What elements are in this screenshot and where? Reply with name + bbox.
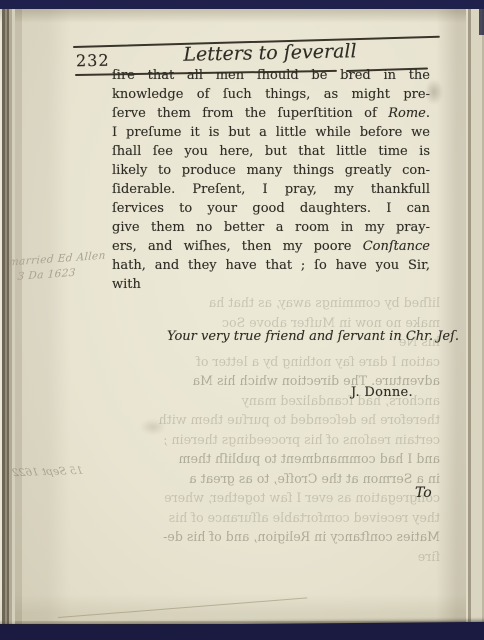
- paper-smudge: [140, 419, 166, 435]
- body-line: give them no better a room in my pray-: [112, 218, 430, 237]
- ghost-line: congregation as ever I ſaw together, whe…: [105, 488, 440, 508]
- body-line: ſerve them from the ſuperſtition of Rome…: [112, 104, 430, 123]
- catchword: To: [415, 485, 432, 501]
- paper-crease: [58, 597, 307, 618]
- body-line-text: ſerve them from the ſuperſtition of: [112, 106, 388, 121]
- background-band-bottom: [0, 622, 484, 640]
- valediction: Your very true friend and ſervant in Chr…: [167, 329, 459, 344]
- signature: J. Donne.: [351, 385, 413, 400]
- body-line: hath, and they have that ; ſo have you S…: [112, 256, 430, 275]
- ghost-line: and I had commandment to publiſh them: [105, 449, 440, 469]
- body-line-text: ers, and wiſhes, then my poore: [112, 239, 363, 254]
- body-line: ſire that all men ſhould be bred in the: [112, 66, 430, 85]
- body-line: ers, and wiſhes, then my poore Conſtance: [112, 237, 430, 256]
- letter-body: ſire that all men ſhould be bred in the …: [112, 66, 430, 294]
- book-scan: 232 Letters to ſeverall liſhed by commin…: [0, 0, 484, 640]
- body-line: knowledge of ſuch things, as might pre-: [112, 85, 430, 104]
- body-line: likely to produce many things greatly co…: [112, 161, 430, 180]
- body-line: ſiderable. Preſent, I pray, my thankfull: [112, 180, 430, 199]
- page-corner-shadow: [479, 9, 484, 35]
- running-title: Letters to ſeverall: [150, 39, 390, 66]
- body-line-text: .: [426, 106, 430, 121]
- italic-constance: Conſtance: [363, 239, 430, 254]
- page-number: 232: [76, 51, 110, 71]
- ghost-line: ſire: [105, 547, 440, 567]
- ghost-line: cation I dare ſay nothing by a letter of: [105, 352, 440, 372]
- body-line: ſervices to your good daughters. I can: [112, 199, 430, 218]
- ghost-line: liſhed by commings away, as that ha: [105, 293, 440, 313]
- ghost-line: Maties conſtancy in Religion, and of his…: [105, 527, 440, 547]
- book-page: 232 Letters to ſeverall liſhed by commin…: [0, 9, 484, 624]
- marginalia-note: married Ed Allen 3 Da 1623: [7, 248, 109, 285]
- ghost-margin-note: 15 Sept 1622: [11, 465, 84, 479]
- ghost-line: they received comfortable aſſurance of h…: [105, 508, 440, 528]
- italic-rome: Rome: [388, 106, 426, 121]
- body-line: ſhall ſee you here, but that little time…: [112, 142, 430, 161]
- body-line: I preſume it is but a little while befor…: [112, 123, 430, 142]
- ghost-line: in a Sermon at the Croſſe, to as great a: [105, 469, 440, 489]
- body-line: with: [112, 275, 430, 294]
- paper-smudge: [425, 79, 443, 105]
